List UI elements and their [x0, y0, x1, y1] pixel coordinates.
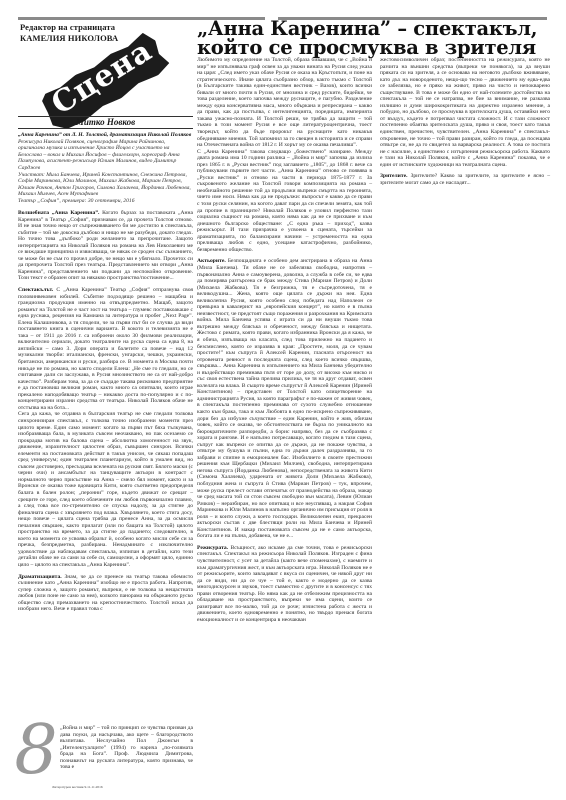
credits-cast: Участват: Мила Банчева, Ириней Константи… [18, 172, 193, 198]
editor-label: Редактор на страницата [20, 22, 200, 33]
production-credits: „Анна Каренина” от Л. Н. Толстой, драмат… [18, 132, 193, 205]
source-note: Литературен вестник 9.11.11.2016 [52, 785, 192, 789]
credits-crew: Режисура Николай Поляков, сценография Ма… [18, 139, 193, 172]
credits-venue: Театър „София”, премиера: 30 септември, … [18, 198, 193, 205]
wrapped-paragraph: „Война и мир” – той по принцип се чувств… [60, 725, 193, 771]
article-column-2: Любимото му определение на Толстой, обра… [197, 57, 372, 628]
paragraph-lead: Драматизацията. [18, 574, 62, 580]
paragraph: Сега да кажа, че отдавна в българския те… [18, 411, 193, 568]
article-column-1: Волшебната „Анна Каренина”. Когато бърза… [18, 210, 193, 613]
paragraph-text: Когато бързах за поставоката „Анна Карен… [18, 210, 193, 281]
paragraph: Зрителите. Зрителите? Какво за зрителите… [380, 173, 550, 186]
article-column-3: жестовосимволичен образ; постепенността … [380, 57, 550, 191]
paragraph-text: Безпощадната е особено дем анстрирана в … [197, 258, 372, 539]
byline-rule-bottom [18, 128, 193, 129]
paragraph: Любимото му определение на Толстой, обра… [197, 57, 372, 149]
page-number: 8 [14, 718, 58, 784]
paragraph-text: Всъщност, ако искаме да сме точни, това … [197, 545, 372, 623]
paragraph-lead: Волшебната „Анна Каренина”. [18, 210, 99, 216]
paragraph: Режисурата. Всъщност, ако искаме да сме … [197, 545, 372, 624]
paragraph-text: С „Анна Каренина” Театър „София” отпразн… [18, 287, 193, 411]
paragraph: Спектакълът. С „Анна Каренина” Театър „С… [18, 287, 193, 411]
paragraph: Актьорите. Безпощадната е особено дем ан… [197, 258, 372, 540]
paragraph-text: Знам, че да се пренесе на театър такова … [18, 574, 193, 613]
section-logo: Сцена [30, 36, 150, 96]
credits-title: „Анна Каренина” от Л. Н. Толстой, драмат… [18, 132, 193, 139]
paragraph: Волшебната „Анна Каренина”. Когато бърза… [18, 210, 193, 282]
headline-line-2: който се просмуква в зрителя [197, 36, 536, 59]
paragraph-lead: Зрителите. [380, 173, 408, 179]
paragraph: Драматизацията. Знам, че да се пренесе н… [18, 574, 193, 613]
paragraph-lead: Спектакълът. [18, 287, 53, 293]
author-byline: Митко Новков [18, 116, 193, 128]
paragraph: жестовосимволичен образ; постепенността … [380, 57, 550, 168]
paragraph: С „Анна Каренина” такова следващо „божес… [197, 149, 372, 254]
paragraph-lead: Актьорите. [197, 258, 226, 264]
article-headline: „Анна Каренина” – спектакъл, който се пр… [197, 19, 557, 57]
